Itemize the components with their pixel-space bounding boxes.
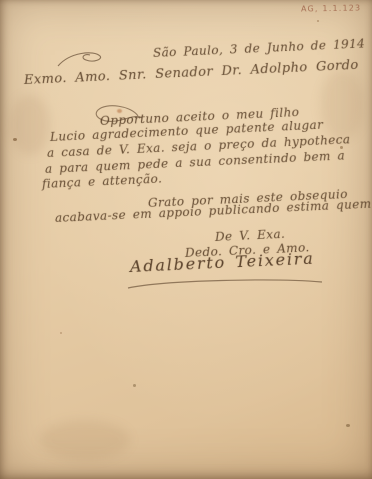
paper-speck [60, 332, 62, 334]
letter-scan: AG, 1.1.123 São Paulo, 3 de Junho de 191… [0, 0, 372, 479]
paper-stain [10, 95, 50, 155]
signature: Adalberto Teixeira [130, 249, 315, 276]
signature-underline-flourish [126, 278, 326, 292]
paper-speck [317, 20, 319, 22]
paper-stain [320, 70, 364, 140]
paper-speck [133, 384, 136, 387]
pen-flourish [56, 50, 104, 70]
place-date-line: São Paulo, 3 de Junho de 1914 [153, 36, 366, 60]
paper-stain [40, 420, 130, 460]
paper-speck [13, 138, 17, 141]
paper-speck [346, 424, 350, 427]
archival-code: AG, 1.1.123 [301, 3, 362, 13]
